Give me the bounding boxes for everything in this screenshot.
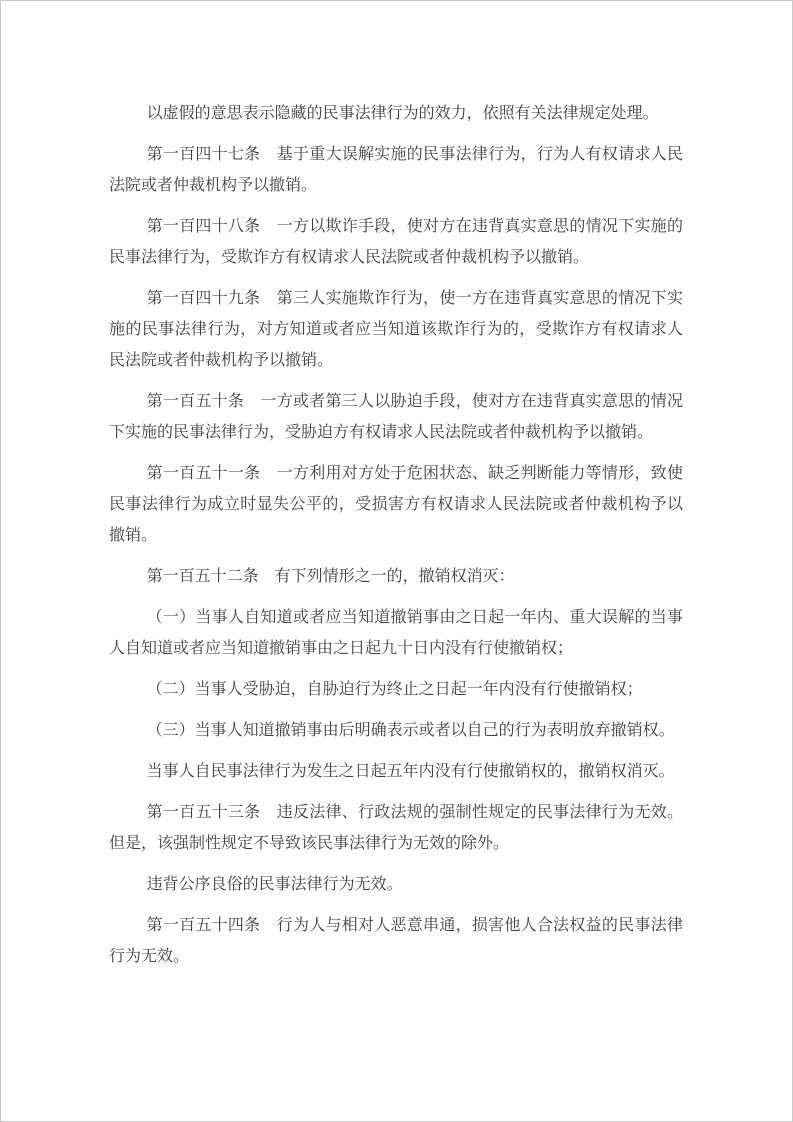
paragraph-article-154: 第一百五十四条 行为人与相对人恶意串通，损害他人合法权益的民事法律行为无效。 [109,909,683,971]
paragraph-article-146-clause-2: 以虚假的意思表示隐藏的民事法律行为的效力，依照有关法律规定处理。 [109,97,683,128]
document-page: 以虚假的意思表示隐藏的民事法律行为的效力，依照有关法律规定处理。 第一百四十七条… [0,0,793,1122]
paragraph-article-149: 第一百四十九条 第三人实施欺诈行为，使一方在违背真实意思的情况下实施的民事法律行… [109,282,683,375]
paragraph-article-147: 第一百四十七条 基于重大误解实施的民事法律行为，行为人有权请求人民法院或者仲裁机… [109,138,683,200]
paragraph-article-151: 第一百五十一条 一方利用对方处于危困状态、缺乏判断能力等情形，致使民事法律行为成… [109,457,683,550]
paragraph-article-152-item-2: （二）当事人受胁迫，自胁迫行为终止之日起一年内没有行使撤销权； [109,673,683,704]
paragraph-article-153-clause-2: 违背公序良俗的民事法律行为无效。 [109,868,683,899]
paragraph-article-152-item-1: （一）当事人自知道或者应当知道撤销事由之日起一年内、重大误解的当事人自知道或者应… [109,601,683,663]
paragraph-article-152-clause-2: 当事人自民事法律行为发生之日起五年内没有行使撤销权的，撤销权消灭。 [109,755,683,786]
paragraph-article-150: 第一百五十条 一方或者第三人以胁迫手段，使对方在违背真实意思的情况下实施的民事法… [109,385,683,447]
document-text-block: 以虚假的意思表示隐藏的民事法律行为的效力，依照有关法律规定处理。 第一百四十七条… [109,97,683,981]
paragraph-article-152-item-3: （三）当事人知道撤销事由后明确表示或者以自己的行为表明放弃撤销权。 [109,714,683,745]
paragraph-article-148: 第一百四十八条 一方以欺诈手段，使对方在违背真实意思的情况下实施的民事法律行为，… [109,210,683,272]
paragraph-article-152-intro: 第一百五十二条 有下列情形之一的，撤销权消灭： [109,560,683,591]
paragraph-article-153: 第一百五十三条 违反法律、行政法规的强制性规定的民事法律行为无效。但是，该强制性… [109,796,683,858]
